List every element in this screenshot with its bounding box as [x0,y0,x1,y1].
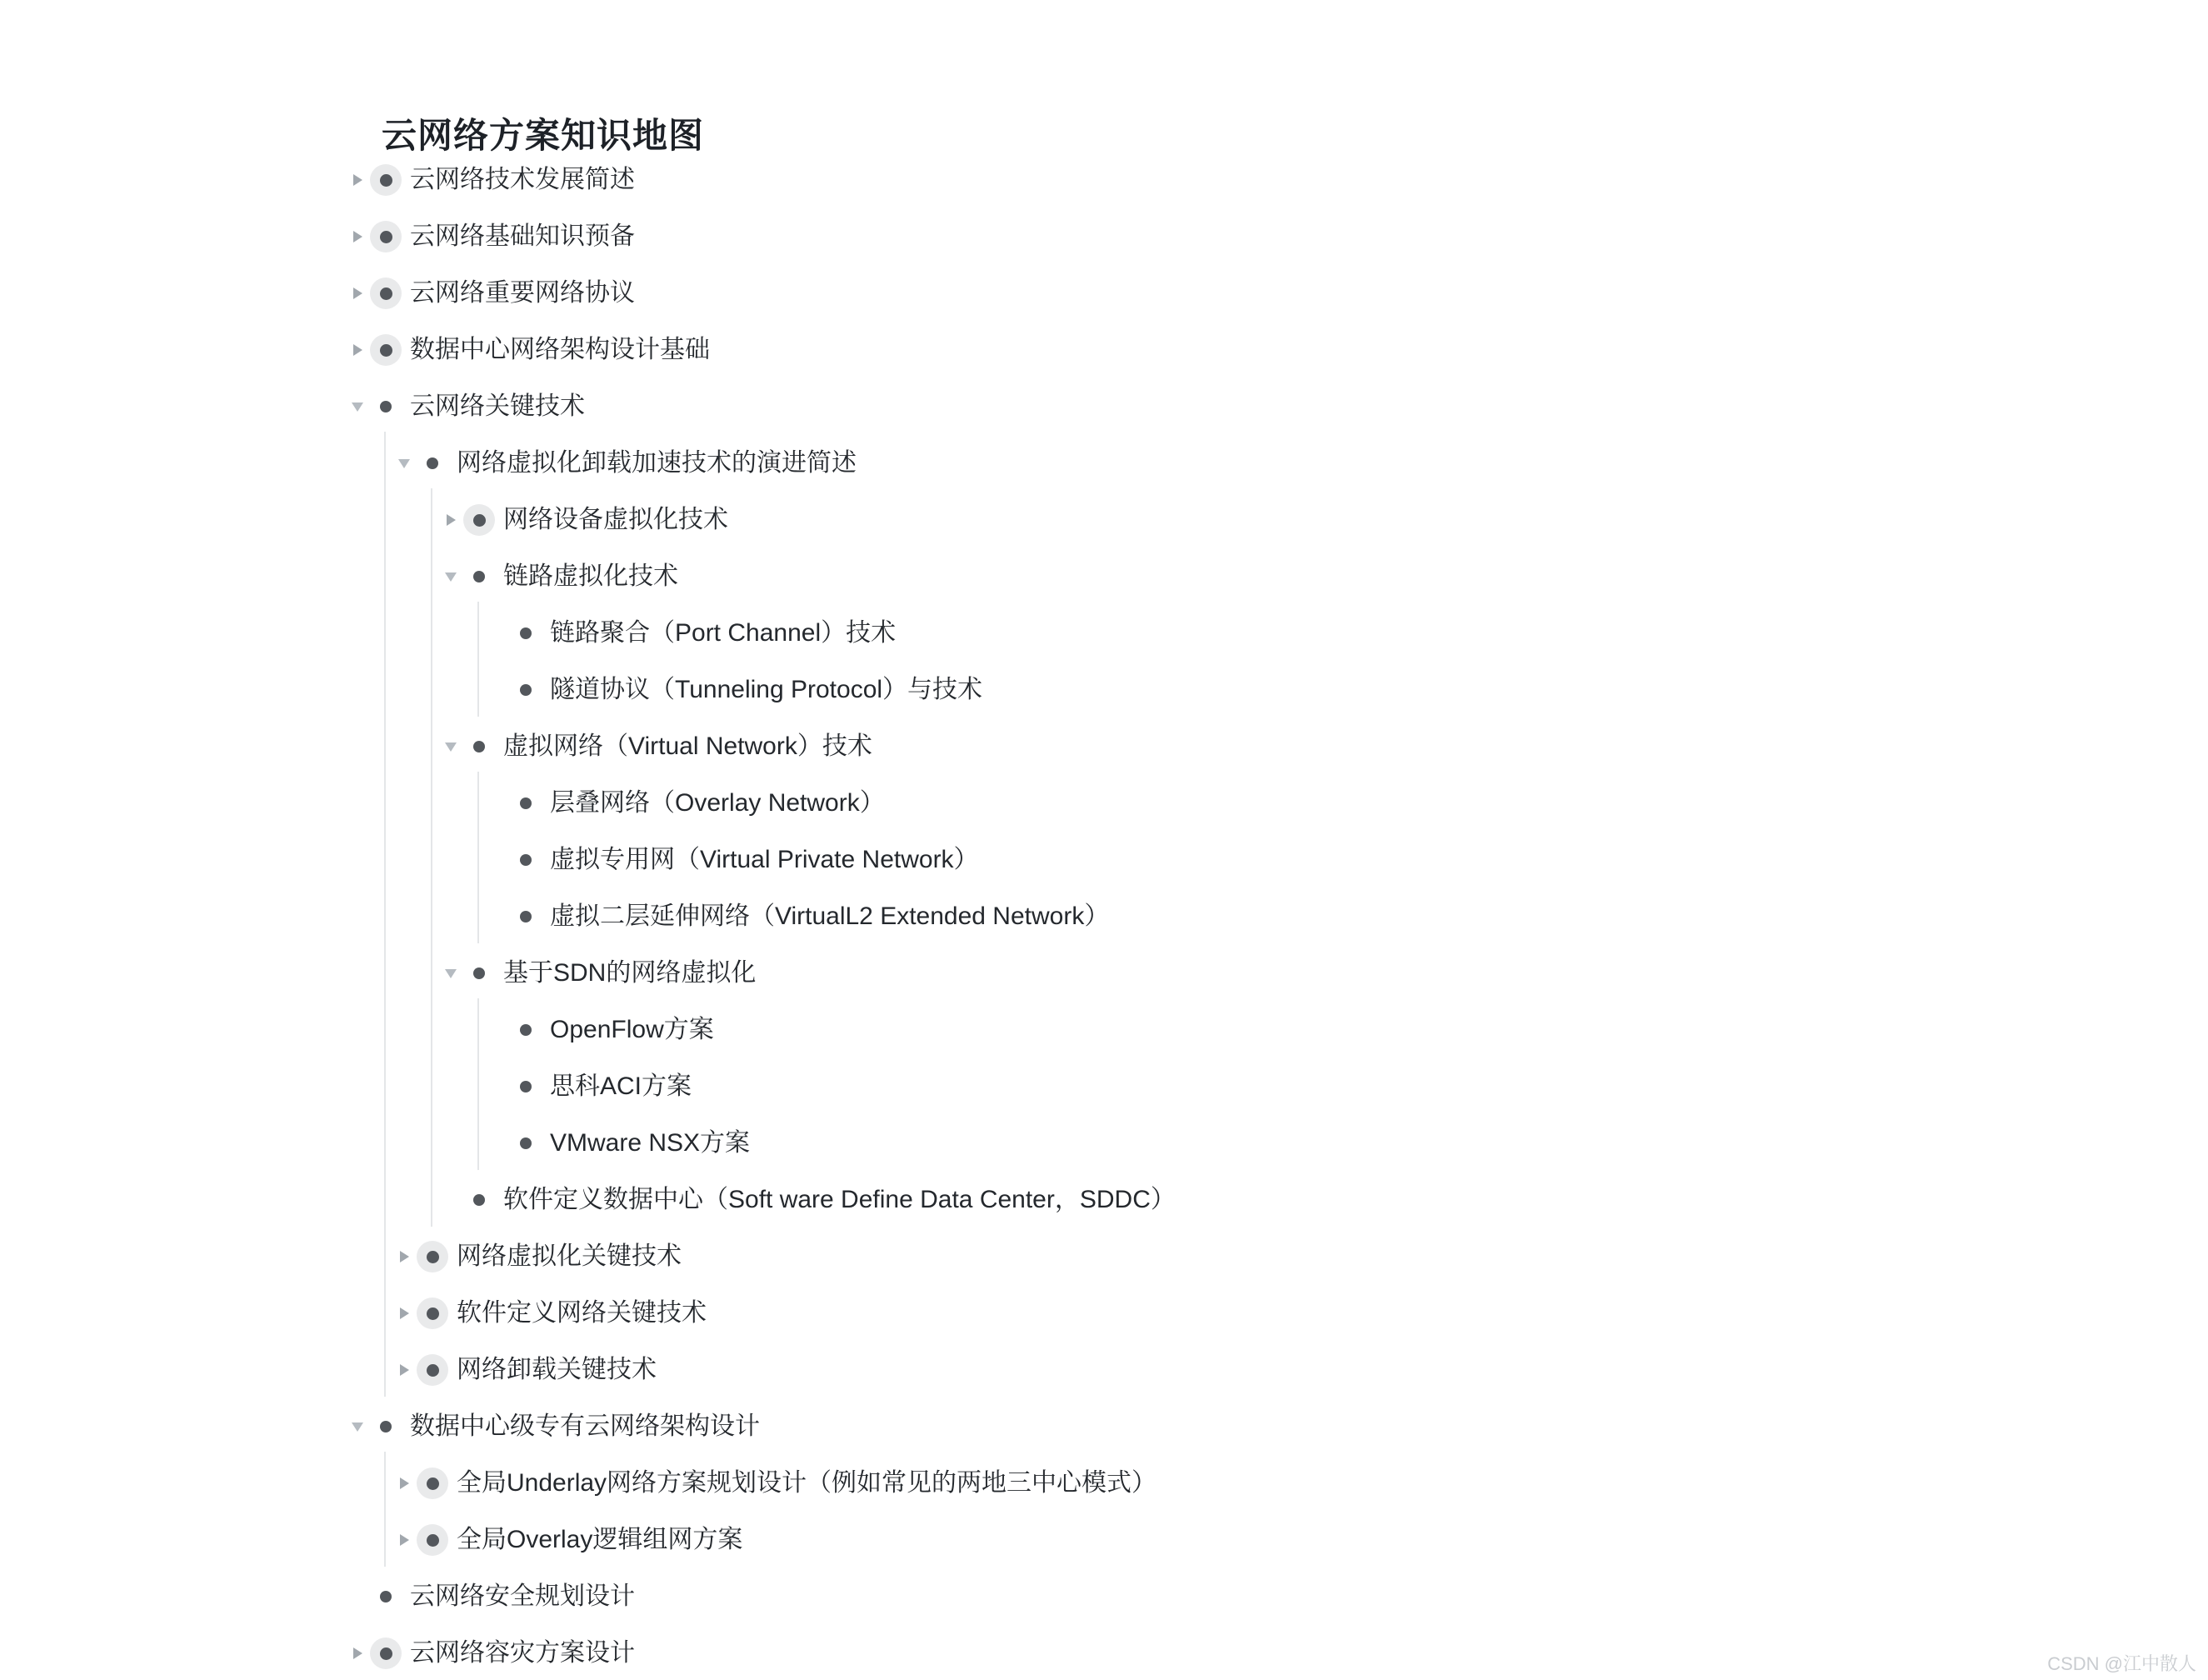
bullet-icon[interactable] [463,561,495,592]
outline-item-label[interactable]: 云网络容灾方案设计 [410,1625,635,1680]
outline-guide-line [477,998,479,1170]
outline-item: 云网络容灾方案设计 [0,1625,2208,1680]
toggle-placeholder [485,1115,510,1172]
bullet-dot [380,401,392,412]
toggle-placeholder [345,1568,370,1625]
toggle-placeholder [485,1058,510,1115]
outline-item: 全局Overlay逻辑组网方案 [0,1512,2208,1568]
bullet-dot [520,1081,532,1092]
outline-item: 虚拟二层延伸网络（VirtualL2 Extended Network） [0,888,2208,945]
outline-item-label[interactable]: 隧道协议（Tunneling Protocol）与技术 [550,662,982,718]
outline-item: 网络虚拟化关键技术 [0,1228,2208,1285]
outline-item: 数据中心级专有云网络架构设计 [0,1398,2208,1455]
bullet-icon[interactable] [417,1297,448,1329]
outline-item: VMware NSX方案 [0,1115,2208,1172]
toggle-placeholder [485,662,510,718]
bullet-dot [473,967,485,979]
outline-item: 虚拟专用网（Virtual Private Network） [0,832,2208,888]
bullet-icon[interactable] [463,1184,495,1216]
bullet-icon[interactable] [510,674,542,706]
collapse-toggle-icon[interactable] [438,945,463,1002]
outline-item: 层叠网络（Overlay Network） [0,775,2208,832]
bullet-dot [520,1137,532,1149]
bullet-dot [427,1307,439,1320]
expand-toggle-icon[interactable] [345,322,370,378]
outline-item-label[interactable]: 云网络基础知识预备 [410,208,635,265]
bullet-dot [427,1251,439,1263]
outline-item-label[interactable]: 思科ACI方案 [550,1058,692,1115]
bullet-dot [520,684,532,696]
toggle-placeholder [438,1172,463,1228]
outline-item-label[interactable]: 虚拟二层延伸网络（VirtualL2 Extended Network） [550,888,1109,945]
bullet-icon[interactable] [370,334,402,366]
outline-item: 软件定义网络关键技术 [0,1285,2208,1342]
collapse-toggle-icon[interactable] [345,378,370,435]
outline-item: 虚拟网络（Virtual Network）技术 [0,718,2208,775]
outline-item: 基于SDN的网络虚拟化 [0,945,2208,1002]
bullet-dot [380,1591,392,1602]
outline-item-label[interactable]: OpenFlow方案 [550,1002,714,1058]
expand-toggle-icon[interactable] [345,208,370,265]
outline-item-label[interactable]: 云网络重要网络协议 [410,265,635,322]
outline-guide-line [477,602,479,717]
bullet-dot [473,514,486,527]
outline-item-label[interactable]: 数据中心网络架构设计基础 [410,322,710,378]
bullet-icon[interactable] [463,731,495,762]
outline-item-label[interactable]: 云网络技术发展简述 [410,152,635,208]
bullet-dot [473,1194,485,1206]
outline-item-label[interactable]: VMware NSX方案 [550,1115,750,1172]
outline-item-label[interactable]: 链路虚拟化技术 [503,548,678,605]
outline-item-label[interactable]: 全局Underlay网络方案规划设计（例如常见的两地三中心模式） [457,1455,1156,1512]
outline-item-label[interactable]: 云网络安全规划设计 [410,1568,635,1625]
document-page: 云网络方案知识地图 云网络技术发展简述云网络基础知识预备云网络重要网络协议数据中… [0,0,2208,1680]
bullet-icon[interactable] [370,1581,402,1612]
bullet-dot [380,1421,392,1432]
collapse-toggle-icon[interactable] [438,548,463,605]
expand-toggle-icon[interactable] [345,152,370,208]
outline-item: 云网络技术发展简述 [0,152,2208,208]
bullet-icon[interactable] [510,1014,542,1046]
expand-toggle-icon[interactable] [345,265,370,322]
outline-item: 网络卸载关键技术 [0,1342,2208,1398]
toggle-placeholder [485,832,510,888]
expand-toggle-icon[interactable] [345,1625,370,1680]
bullet-icon[interactable] [510,901,542,932]
bullet-dot [427,1534,439,1547]
outline-item-label[interactable]: 链路聚合（Port Channel）技术 [550,605,896,662]
bullet-dot [380,174,392,187]
outline-guide-line [384,432,386,1397]
outline-item: 网络虚拟化卸载加速技术的演进简述 [0,435,2208,492]
outline-item: 链路虚拟化技术 [0,548,2208,605]
bullet-dot [427,1477,439,1490]
bullet-dot [520,797,532,809]
bullet-dot [520,854,532,866]
collapse-toggle-icon[interactable] [438,718,463,775]
watermark: CSDN @江中散人 [2047,1650,2196,1676]
bullet-icon[interactable] [417,1354,448,1386]
outline-item: 云网络重要网络协议 [0,265,2208,322]
outline-item-label[interactable]: 虚拟网络（Virtual Network）技术 [503,718,872,775]
outline-item-label[interactable]: 网络虚拟化关键技术 [457,1228,682,1285]
toggle-placeholder [485,888,510,945]
outline-item: 数据中心网络架构设计基础 [0,322,2208,378]
bullet-icon[interactable] [417,447,448,479]
bullet-icon[interactable] [510,617,542,649]
expand-toggle-icon[interactable] [392,1228,417,1285]
toggle-placeholder [485,775,510,832]
outline-guide-line [477,772,479,943]
bullet-icon[interactable] [510,1127,542,1159]
bullet-icon[interactable] [370,1637,402,1669]
outline-item-label[interactable]: 全局Overlay逻辑组网方案 [457,1512,742,1568]
outline-item: 全局Underlay网络方案规划设计（例如常见的两地三中心模式） [0,1455,2208,1512]
outline-item-label[interactable]: 软件定义网络关键技术 [457,1285,707,1342]
bullet-icon[interactable] [510,787,542,819]
outline-item-label[interactable]: 基于SDN的网络虚拟化 [503,945,756,1002]
outline-item-label[interactable]: 层叠网络（Overlay Network） [550,775,885,832]
expand-toggle-icon[interactable] [392,1342,417,1398]
bullet-icon[interactable] [417,1524,448,1556]
bullet-icon[interactable] [417,1467,448,1499]
bullet-dot [520,1024,532,1036]
outline-item: 思科ACI方案 [0,1058,2208,1115]
outline-item-label[interactable]: 软件定义数据中心（Soft ware Define Data Center，SD… [503,1172,1176,1228]
bullet-dot [380,344,392,357]
outline-item: 软件定义数据中心（Soft ware Define Data Center，SD… [0,1172,2208,1228]
bullet-icon[interactable] [417,1241,448,1272]
toggle-placeholder [485,605,510,662]
bullet-icon[interactable] [370,277,402,309]
outline-item-label[interactable]: 云网络关键技术 [410,378,585,435]
expand-toggle-icon[interactable] [438,492,463,548]
bullet-dot [427,1364,439,1377]
bullet-icon[interactable] [463,504,495,536]
bullet-icon[interactable] [370,221,402,252]
bullet-icon[interactable] [463,957,495,989]
expand-toggle-icon[interactable] [392,1512,417,1568]
outline-item: 云网络基础知识预备 [0,208,2208,265]
outline-guide-line [384,1452,386,1567]
outline-item: 链路聚合（Port Channel）技术 [0,605,2208,662]
expand-toggle-icon[interactable] [392,1285,417,1342]
outline-item: 隧道协议（Tunneling Protocol）与技术 [0,662,2208,718]
outline-item-label[interactable]: 网络卸载关键技术 [457,1342,657,1398]
bullet-icon[interactable] [510,1071,542,1102]
bullet-dot [380,1647,392,1660]
outline-item-label[interactable]: 数据中心级专有云网络架构设计 [410,1398,760,1455]
outline-item-label[interactable]: 网络虚拟化卸载加速技术的演进简述 [457,435,857,492]
bullet-icon[interactable] [510,844,542,876]
bullet-dot [520,911,532,922]
bullet-dot [380,287,392,300]
outline-item-label[interactable]: 虚拟专用网（Virtual Private Network） [550,832,979,888]
outline-item: OpenFlow方案 [0,1002,2208,1058]
toggle-placeholder [485,1002,510,1058]
bullet-icon[interactable] [370,1411,402,1442]
bullet-dot [380,231,392,243]
outline-item: 云网络安全规划设计 [0,1568,2208,1625]
bullet-dot [473,741,485,752]
bullet-dot [473,571,485,582]
bullet-icon[interactable] [370,164,402,196]
collapse-toggle-icon[interactable] [345,1398,370,1455]
outline-guide-line [431,488,432,1227]
expand-toggle-icon[interactable] [392,1455,417,1512]
bullet-icon[interactable] [370,391,402,422]
bullet-dot [427,457,438,469]
collapse-toggle-icon[interactable] [392,435,417,492]
outline-item: 网络设备虚拟化技术 [0,492,2208,548]
outline-item-label[interactable]: 网络设备虚拟化技术 [503,492,728,548]
bullet-dot [520,627,532,639]
outline-item: 云网络关键技术 [0,378,2208,435]
